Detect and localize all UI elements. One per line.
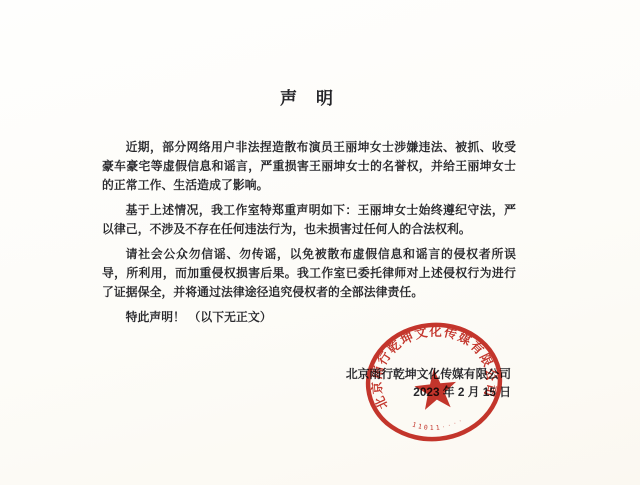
company-seal-stamp: 北京雨行乾坤文化传媒有限公司 11011···· (342, 298, 527, 467)
statement-document-page: 声 明 近期，部分网络用户非法捏造散布演员王丽坤女士涉嫌违法、被抓、收受豪车豪宅… (0, 0, 640, 485)
statement-title: 声 明 (0, 84, 614, 109)
statement-paragraph-2: 基于上述情况，我工作室特郑重声明如下：王丽坤女士始终遵纪守法，严以律己，不涉及不… (102, 201, 516, 239)
seal-star-icon (413, 367, 459, 411)
seal-serial-number: 11011···· (410, 415, 466, 434)
statement-paragraph-1: 近期，部分网络用户非法捏造散布演员王丽坤女士涉嫌违法、被抓、收受豪车豪宅等虚假信… (102, 138, 516, 195)
statement-paragraph-3: 请社会公众勿信谣、勿传谣，以免被散布虚假信息和谣言的侵权者所误导，所利用，而加重… (102, 245, 516, 302)
company-seal-icon: 北京雨行乾坤文化传媒有限公司 11011···· (342, 298, 527, 467)
